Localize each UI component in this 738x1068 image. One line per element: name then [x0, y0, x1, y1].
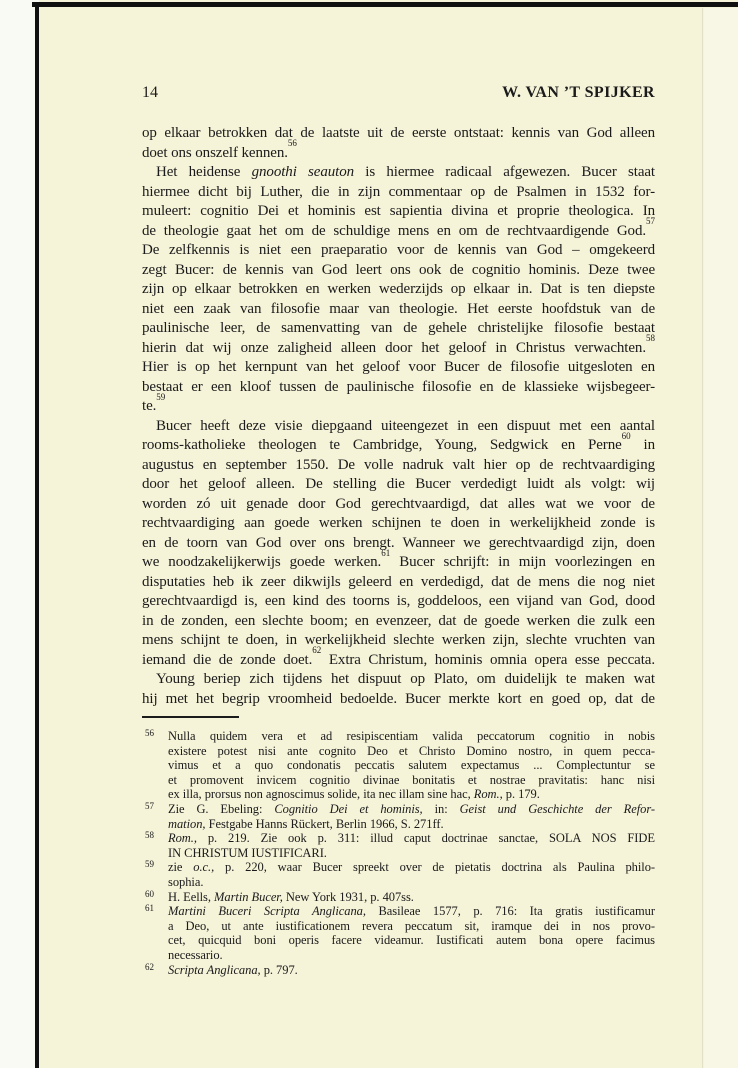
text-segment: IN CHRISTUM IUSTIFICARI. — [168, 846, 327, 860]
text-segment: in: — [423, 802, 460, 816]
footnote-marker: 62 — [145, 962, 154, 972]
text-segment: doet ons onszelf kennen. — [142, 145, 288, 161]
text-segment: gerechtvaardigd is, een kind des toorns … — [142, 593, 655, 609]
text-segment: mens schijnt te doen, in werkelijkheid s… — [142, 632, 655, 648]
text-segment: te. — [142, 398, 156, 414]
text-segment: sophia. — [168, 875, 203, 889]
text-segment: Nulla quidem vera et ad resipiscentiam v… — [168, 729, 655, 743]
text-segment: bestaat er een kloof tussen de paulinisc… — [142, 379, 655, 395]
body-text: op elkaar betrokken dat de laatste uit d… — [142, 124, 655, 709]
paragraph: Het heidense gnoothi seauton is hiermee … — [142, 163, 655, 417]
text-line: Young beriep zich tijdens het dispuut op… — [142, 670, 655, 690]
text-line: sophia. — [168, 875, 655, 890]
text-segment: rechtvaardiging aan goede werken schijne… — [142, 515, 655, 531]
text-segment: augustus en september 1550. De volle nad… — [142, 457, 655, 473]
page-crease-line — [702, 8, 703, 1068]
text-segment: we noodzakelijkerwijs goede werken. — [142, 554, 381, 570]
text-segment: worden zó uit genade door God gerechtvaa… — [142, 496, 655, 512]
footnote: 62Scripta Anglicana, p. 797. — [142, 963, 655, 978]
footnote-reference: 59 — [156, 392, 165, 402]
footnote-reference: 60 — [622, 431, 631, 441]
italic-text: Cognitio Dei et hominis, — [274, 802, 422, 816]
text-segment: Hier is op het kernpunt van het geloof v… — [142, 359, 655, 375]
text-line: in de zonden, een slechte boom; en evenz… — [142, 612, 655, 632]
text-segment: Zie G. Ebeling: — [168, 802, 274, 816]
text-segment: Het heidense — [156, 164, 252, 180]
page-header: 14 W. VAN ’T SPIJKER — [142, 84, 655, 102]
text-segment: paulinische leer, de samenvatting van de… — [142, 320, 655, 336]
footnote-separator — [142, 716, 239, 718]
text-line: mation, Festgabe Hanns Rückert, Berlin 1… — [168, 817, 655, 832]
text-line: Martini Buceri Scripta Anglicana, Basile… — [168, 904, 655, 919]
text-segment: in — [631, 437, 655, 453]
text-segment: Young beriep zich tijdens het dispuut op… — [156, 671, 655, 687]
text-segment: a Deo, ut ante iustificationem revera pe… — [168, 919, 655, 933]
footnote-marker: 61 — [145, 903, 154, 913]
text-segment: zie — [168, 860, 193, 874]
text-segment: muleert: cognitio Dei et hominis est sap… — [142, 203, 655, 219]
text-line: a Deo, ut ante iustificationem revera pe… — [168, 919, 655, 934]
text-line: Zie G. Ebeling: Cognitio Dei et hominis,… — [168, 802, 655, 817]
text-segment: niet een zaak van filosofie maar van the… — [142, 301, 655, 317]
text-segment: hij met het begrip vroomheid bedoelde. B… — [142, 691, 655, 707]
italic-text: mation, — [168, 817, 206, 831]
footnote-reference: 62 — [312, 645, 321, 655]
text-line: Hier is op het kernpunt van het geloof v… — [142, 358, 655, 378]
text-segment: Bucer heeft deze visie diepgaand uiteeng… — [156, 418, 655, 434]
footnote-reference: 58 — [646, 333, 655, 343]
page-number: 14 — [142, 84, 158, 102]
text-line: paulinische leer, de samenvatting van de… — [142, 319, 655, 339]
text-line: en de toorn van God over ons brengt. Wan… — [142, 534, 655, 554]
text-line: we noodzakelijkerwijs goede werken.61 Bu… — [142, 553, 655, 573]
text-line: hiermee dicht bij Luther, die in zijn co… — [142, 183, 655, 203]
text-line: bestaat er een kloof tussen de paulinisc… — [142, 378, 655, 398]
footnote-reference: 56 — [288, 138, 297, 148]
text-line: zijn op elkaar betrokken en werken weder… — [142, 280, 655, 300]
text-segment: Basileae 1577, p. 716: Ita gratis iustif… — [366, 904, 655, 918]
italic-text: Martini Buceri Scripta Anglicana, — [168, 904, 366, 918]
text-line: doet ons onszelf kennen.56 — [142, 144, 655, 164]
text-segment: p. 179. — [503, 787, 540, 801]
text-segment: zegt Bucer: de kennis van God leert ons … — [142, 262, 655, 278]
scan-border-top — [32, 2, 738, 7]
text-line: op elkaar betrokken dat de laatste uit d… — [142, 124, 655, 144]
text-line: door het geloof alleen. De stelling die … — [142, 475, 655, 495]
text-line: niet een zaak van filosofie maar van the… — [142, 300, 655, 320]
text-line: muleert: cognitio Dei et hominis est sap… — [142, 202, 655, 222]
text-segment: in de zonden, een slechte boom; en evenz… — [142, 613, 655, 629]
footnote-reference: 57 — [646, 216, 655, 226]
text-line: gerechtvaardigd is, een kind des toorns … — [142, 592, 655, 612]
footnote-marker: 56 — [145, 728, 154, 738]
text-line: Nulla quidem vera et ad resipiscentiam v… — [168, 729, 655, 744]
footnote: 59zie o.c., p. 220, waar Bucer spreekt o… — [142, 860, 655, 889]
text-line: De zelfkennis is niet een praeparatio vo… — [142, 241, 655, 261]
footnote-reference: 61 — [381, 548, 390, 558]
text-line: et promovent invicem cognitio divinae bo… — [168, 773, 655, 788]
text-line: Scripta Anglicana, p. 797. — [168, 963, 655, 978]
text-segment: p. 797. — [261, 963, 298, 977]
text-line: ex illa, prorsus non agnoscimus solide, … — [168, 787, 655, 802]
paragraph: Bucer heeft deze visie diepgaand uiteeng… — [142, 417, 655, 671]
text-segment: rooms-katholieke theologen te Cambridge,… — [142, 437, 622, 453]
text-line: existere potest nisi ante cognito Deo et… — [168, 744, 655, 759]
text-line: rooms-katholieke theologen te Cambridge,… — [142, 436, 655, 456]
text-line: augustus en september 1550. De volle nad… — [142, 456, 655, 476]
text-line: vimus et a quo condonatis peccatis salut… — [168, 758, 655, 773]
text-segment: is hiermee radicaal afgewezen. Bucer sta… — [354, 164, 655, 180]
text-segment: op elkaar betrokken dat de laatste uit d… — [142, 125, 655, 141]
page-right-margin-shade — [704, 8, 738, 1068]
text-segment: p. 219. Zie ook p. 311: illud caput doct… — [197, 831, 655, 845]
text-line: Het heidense gnoothi seauton is hiermee … — [142, 163, 655, 183]
text-line: disputaties heb ik zeer dikwijls geleerd… — [142, 573, 655, 593]
italic-text: Rom., — [168, 831, 197, 845]
italic-text: gnoothi seauton — [252, 164, 354, 180]
paragraph: op elkaar betrokken dat de laatste uit d… — [142, 124, 655, 163]
text-segment: et promovent invicem cognitio divinae bo… — [168, 773, 655, 787]
text-line: necessario. — [168, 948, 655, 963]
text-segment: zijn op elkaar betrokken en werken weder… — [142, 281, 655, 297]
paragraph: Young beriep zich tijdens het dispuut op… — [142, 670, 655, 709]
italic-text: Martin Bucer, — [214, 890, 283, 904]
text-segment: de theologie gaat het om de schuldige me… — [142, 223, 646, 239]
text-segment: en de toorn van God over ons brengt. Wan… — [142, 535, 655, 551]
text-line: H. Eells, Martin Bucer, New York 1931, p… — [168, 890, 655, 905]
text-line: zegt Bucer: de kennis van God leert ons … — [142, 261, 655, 281]
text-segment: vimus et a quo condonatis peccatis salut… — [168, 758, 655, 772]
footnote-marker: 58 — [145, 830, 154, 840]
text-segment: Extra Christum, hominis omnia opera esse… — [321, 652, 655, 668]
text-segment: necessario. — [168, 948, 223, 962]
text-segment: Bucer schrijft: in mijn voorlezingen en — [390, 554, 655, 570]
italic-text: o.c., — [193, 860, 214, 874]
text-segment: cet, quicquid boni operis facere videamu… — [168, 933, 655, 947]
italic-text: Geist und Geschichte der Refor- — [460, 802, 655, 816]
text-line: te.59 — [142, 397, 655, 417]
text-segment: hierin dat wij onze zaligheid alleen doo… — [142, 340, 646, 356]
footnotes: 56Nulla quidem vera et ad resipiscentiam… — [142, 729, 655, 977]
text-segment: De zelfkennis is niet een praeparatio vo… — [142, 242, 655, 258]
scanned-book-page: 14 W. VAN ’T SPIJKER op elkaar betrokken… — [0, 0, 738, 1068]
text-segment: iemand die de zonde doet. — [142, 652, 312, 668]
text-line: cet, quicquid boni operis facere videamu… — [168, 933, 655, 948]
text-line: zie o.c., p. 220, waar Bucer spreekt ove… — [168, 860, 655, 875]
footnote-marker: 59 — [145, 859, 154, 869]
italic-text: Rom., — [474, 787, 503, 801]
text-line: mens schijnt te doen, in werkelijkheid s… — [142, 631, 655, 651]
text-segment: existere potest nisi ante cognito Deo et… — [168, 744, 655, 758]
text-line: IN CHRISTUM IUSTIFICARI. — [168, 846, 655, 861]
text-segment: New York 1931, p. 407ss. — [283, 890, 414, 904]
text-segment: door het geloof alleen. De stelling die … — [142, 476, 655, 492]
text-line: rechtvaardiging aan goede werken schijne… — [142, 514, 655, 534]
text-line: Bucer heeft deze visie diepgaand uiteeng… — [142, 417, 655, 437]
footnote: 58Rom., p. 219. Zie ook p. 311: illud ca… — [142, 831, 655, 860]
footnote: 56Nulla quidem vera et ad resipiscentiam… — [142, 729, 655, 802]
scan-border-left — [35, 3, 39, 1068]
text-segment: p. 220, waar Bucer spreekt over de pieta… — [214, 860, 655, 874]
text-line: hij met het begrip vroomheid bedoelde. B… — [142, 690, 655, 710]
text-line: iemand die de zonde doet.62 Extra Christ… — [142, 651, 655, 671]
text-line: Rom., p. 219. Zie ook p. 311: illud capu… — [168, 831, 655, 846]
text-segment: H. Eells, — [168, 890, 214, 904]
footnote: 60H. Eells, Martin Bucer, New York 1931,… — [142, 890, 655, 905]
footnote: 61Martini Buceri Scripta Anglicana, Basi… — [142, 904, 655, 962]
text-segment: ex illa, prorsus non agnoscimus solide, … — [168, 787, 474, 801]
running-head: W. VAN ’T SPIJKER — [502, 84, 655, 102]
footnote-marker: 57 — [145, 801, 154, 811]
italic-text: Scripta Anglicana, — [168, 963, 261, 977]
footnote-marker: 60 — [145, 889, 154, 899]
text-segment: Festgabe Hanns Rückert, Berlin 1966, S. … — [206, 817, 444, 831]
text-segment: hiermee dicht bij Luther, die in zijn co… — [142, 184, 655, 200]
text-segment: disputaties heb ik zeer dikwijls geleerd… — [142, 574, 655, 590]
text-line: worden zó uit genade door God gerechtvaa… — [142, 495, 655, 515]
footnote: 57Zie G. Ebeling: Cognitio Dei et homini… — [142, 802, 655, 831]
text-line: hierin dat wij onze zaligheid alleen doo… — [142, 339, 655, 359]
text-line: de theologie gaat het om de schuldige me… — [142, 222, 655, 242]
